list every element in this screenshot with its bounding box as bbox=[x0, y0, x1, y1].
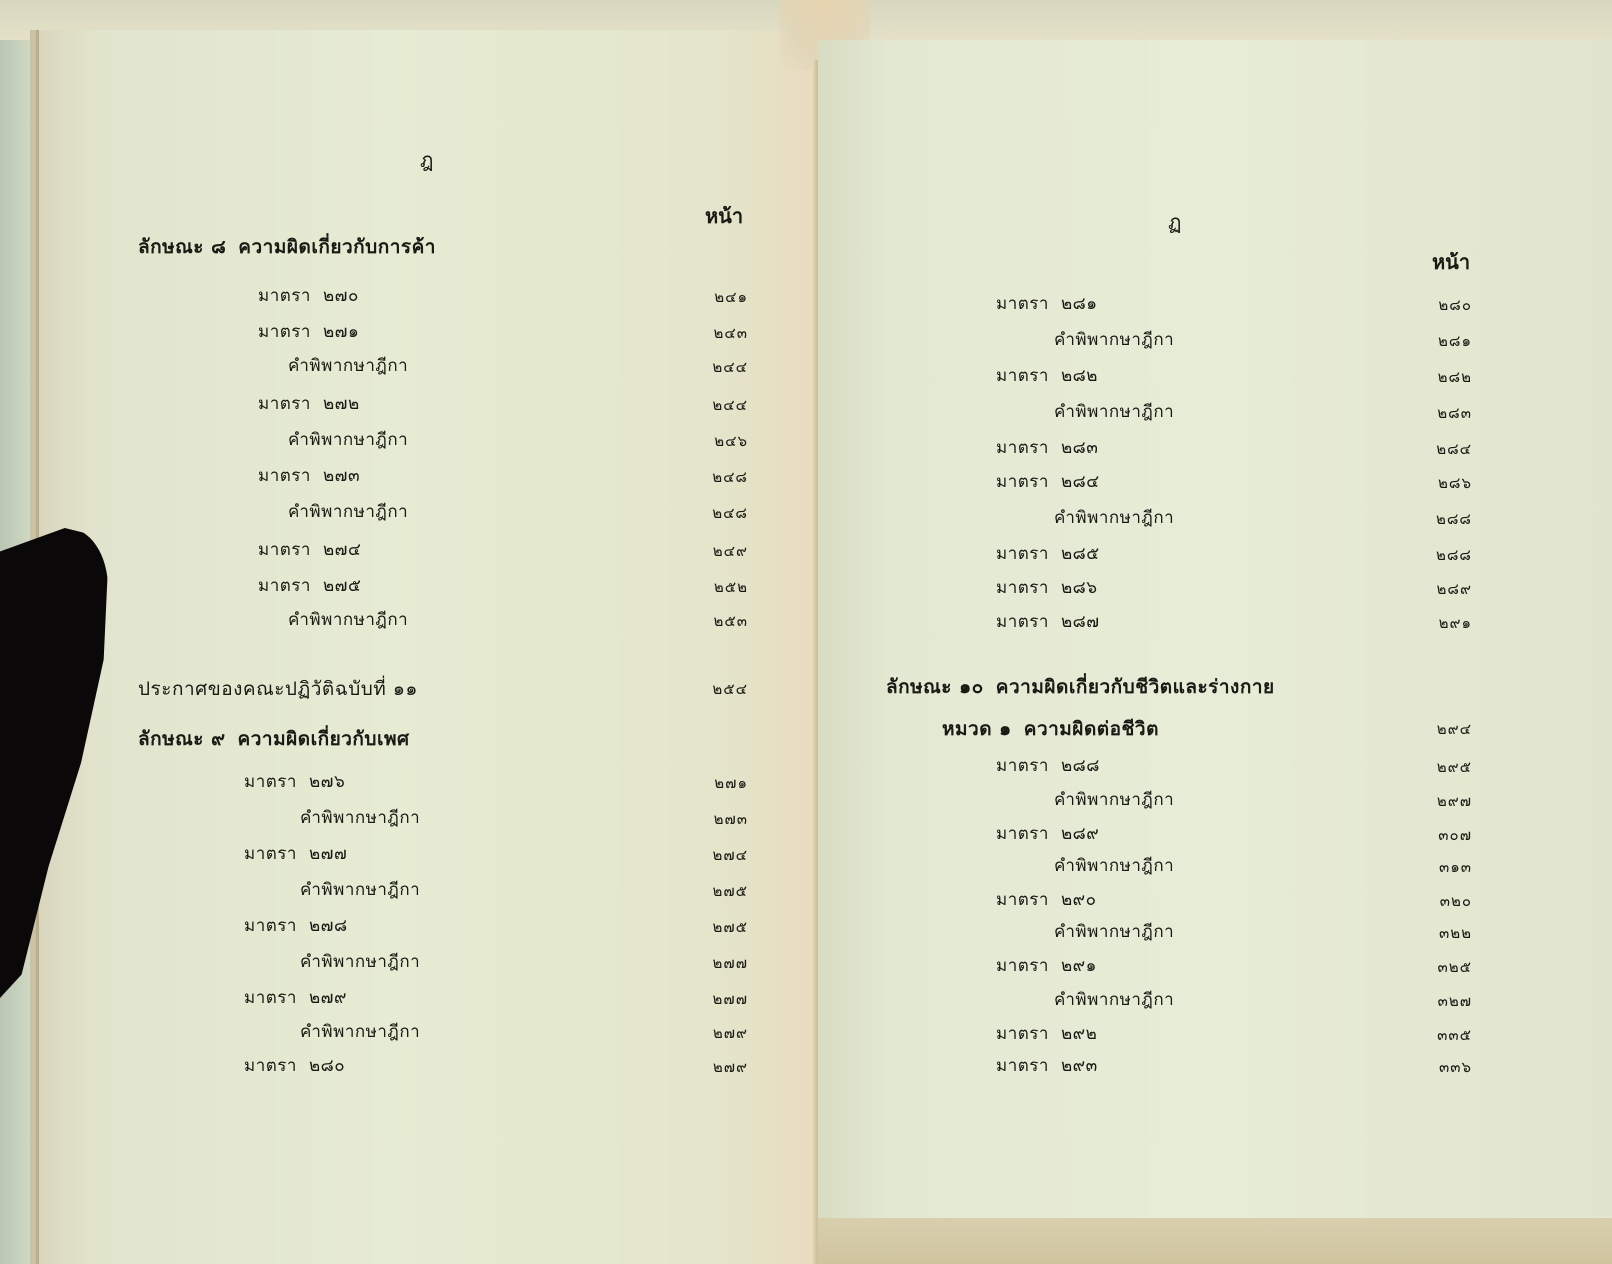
toc-section-number: ๒๙๓ bbox=[1061, 1052, 1098, 1079]
toc-page-number: ๒๗๔ bbox=[668, 843, 748, 867]
toc-page-number: ๒๙๑ bbox=[1392, 611, 1472, 635]
toc-entry-label: มาตรา bbox=[258, 462, 311, 489]
toc-entry-title: ลักษณะ ๑๐ความผิดเกี่ยวกับชีวิตและร่างกาย bbox=[886, 672, 1275, 702]
toc-entry-text: คำพิพากษาฎีกา bbox=[1054, 986, 1174, 1013]
toc-entry-ruling: คำพิพากษาฎีกา bbox=[288, 426, 408, 453]
toc-section-number: ๒๗๙ bbox=[309, 984, 347, 1011]
toc-page-number: ๒๙๗ bbox=[1392, 789, 1472, 813]
toc-entry-ruling: คำพิพากษาฎีกา bbox=[1054, 786, 1174, 813]
toc-entry-text: คำพิพากษาฎีกา bbox=[288, 352, 408, 379]
toc-page-number: ๒๔๘ bbox=[668, 465, 748, 489]
toc-section-number: ๒๗๔ bbox=[323, 536, 361, 563]
toc-page-number: ๒๘๔ bbox=[1392, 437, 1472, 461]
toc-entry-text: ความผิดเกี่ยวกับชีวิตและร่างกาย bbox=[996, 672, 1275, 702]
right-page-folio: ฏ bbox=[1168, 206, 1181, 238]
toc-entry-ruling: คำพิพากษาฎีกา bbox=[300, 876, 420, 903]
toc-entry-label: มาตรา bbox=[258, 572, 311, 599]
toc-section-number: ๒๘๐ bbox=[309, 1052, 345, 1079]
toc-entry-text: ความผิดเกี่ยวกับเพศ bbox=[238, 724, 410, 754]
toc-section-number: ๒๗๐ bbox=[323, 282, 359, 309]
toc-entry-label: มาตรา bbox=[258, 536, 311, 563]
toc-page-number: ๓๒๗ bbox=[1392, 989, 1472, 1013]
toc-section-number: ๒๘๖ bbox=[1061, 574, 1098, 601]
toc-page-number: ๓๒๕ bbox=[1392, 955, 1472, 979]
toc-page-number: ๒๕๓ bbox=[668, 609, 748, 633]
toc-entry-label: มาตรา bbox=[258, 390, 311, 417]
toc-entry-section: มาตรา๒๗๑ bbox=[258, 318, 359, 345]
toc-section-number: ๒๗๖ bbox=[309, 768, 345, 795]
toc-section-number: ๒๘๓ bbox=[1061, 434, 1098, 461]
toc-page-number: ๒๕๒ bbox=[668, 575, 748, 599]
toc-page-number: ๒๘๖ bbox=[1392, 471, 1472, 495]
toc-entry-text: คำพิพากษาฎีกา bbox=[1054, 504, 1174, 531]
toc-page-number: ๒๗๑ bbox=[668, 771, 748, 795]
toc-page-number: ๒๙๕ bbox=[1392, 755, 1472, 779]
toc-entry-label: มาตรา bbox=[996, 434, 1049, 461]
toc-entry-ruling: คำพิพากษาฎีกา bbox=[1054, 852, 1174, 879]
toc-entry-section: มาตรา๒๗๕ bbox=[258, 572, 361, 599]
toc-page-number: ๒๔๓ bbox=[668, 321, 748, 345]
toc-entry-ruling: คำพิพากษาฎีกา bbox=[300, 948, 420, 975]
page-bottom-edge bbox=[818, 1218, 1612, 1264]
toc-entry-section: มาตรา๒๘๗ bbox=[996, 608, 1100, 635]
toc-entry-section: มาตรา๒๗๘ bbox=[244, 912, 348, 939]
toc-page-number: ๓๒๐ bbox=[1392, 889, 1472, 913]
toc-entry-label: มาตรา bbox=[996, 886, 1049, 913]
toc-page-number: ๒๙๔ bbox=[1392, 717, 1472, 741]
toc-page-number: ๓๓๖ bbox=[1392, 1055, 1472, 1079]
toc-entry-text: คำพิพากษาฎีกา bbox=[300, 804, 420, 831]
toc-section-number: ๒๗๑ bbox=[323, 318, 359, 345]
toc-entry-text: คำพิพากษาฎีกา bbox=[1054, 398, 1174, 425]
toc-entry-label: มาตรา bbox=[244, 912, 297, 939]
toc-entry-label: มาตรา bbox=[244, 840, 297, 867]
toc-entry-section: มาตรา๒๗๔ bbox=[258, 536, 361, 563]
toc-page-number: ๒๘๓ bbox=[1392, 401, 1472, 425]
toc-entry-label: มาตรา bbox=[996, 290, 1049, 317]
toc-page-number: ๒๔๑ bbox=[668, 285, 748, 309]
toc-entry-label: มาตรา bbox=[996, 574, 1049, 601]
toc-entry-section: มาตรา๒๘๘ bbox=[996, 752, 1100, 779]
toc-entry-section: มาตรา๒๙๓ bbox=[996, 1052, 1098, 1079]
toc-page-number: ๒๗๕ bbox=[668, 879, 748, 903]
toc-entry-ruling: คำพิพากษาฎีกา bbox=[1054, 918, 1174, 945]
toc-page-number: ๒๗๗ bbox=[668, 951, 748, 975]
toc-page-number: ๒๗๕ bbox=[668, 915, 748, 939]
toc-entry-label: หมวด ๑ bbox=[942, 714, 1012, 744]
toc-entry-section: มาตรา๒๗๙ bbox=[244, 984, 347, 1011]
toc-page-number: ๒๗๓ bbox=[668, 807, 748, 831]
toc-entry-label: มาตรา bbox=[996, 608, 1049, 635]
toc-entry-label: มาตรา bbox=[244, 1052, 297, 1079]
toc-entry-text: คำพิพากษาฎีกา bbox=[1054, 326, 1174, 353]
toc-entry-text: คำพิพากษาฎีกา bbox=[1054, 918, 1174, 945]
toc-page-number: ๓๒๒ bbox=[1392, 921, 1472, 945]
toc-entry-section: มาตรา๒๗๗ bbox=[244, 840, 347, 867]
toc-page-number: ๓๑๓ bbox=[1392, 855, 1472, 879]
toc-page-number: ๒๘๘ bbox=[1392, 543, 1472, 567]
toc-section-number: ๒๗๓ bbox=[323, 462, 360, 489]
toc-entry-section: มาตรา๒๘๙ bbox=[996, 820, 1099, 847]
toc-section-number: ๒๗๗ bbox=[309, 840, 347, 867]
toc-entry-text: คำพิพากษาฎีกา bbox=[288, 606, 408, 633]
toc-entry-label: ลักษณะ ๙ bbox=[138, 724, 226, 754]
toc-entry-text: ความผิดเกี่ยวกับการค้า bbox=[238, 232, 436, 262]
toc-section-number: ๒๘๒ bbox=[1061, 362, 1098, 389]
toc-entry-text: คำพิพากษาฎีกา bbox=[300, 948, 420, 975]
toc-entry-section: มาตรา๒๗๓ bbox=[258, 462, 360, 489]
toc-entry-label: มาตรา bbox=[244, 768, 297, 795]
toc-entry-label: ลักษณะ ๘ bbox=[138, 232, 226, 262]
toc-entry-announcement: ประกาศของคณะปฏิวัติฉบับที่ ๑๑ bbox=[138, 674, 418, 704]
toc-page-number: ๒๗๙ bbox=[668, 1055, 748, 1079]
toc-entry-label: มาตรา bbox=[996, 952, 1049, 979]
toc-entry-text: คำพิพากษาฎีกา bbox=[288, 426, 408, 453]
toc-entry-label: มาตรา bbox=[996, 752, 1049, 779]
toc-section-number: ๒๘๙ bbox=[1061, 820, 1099, 847]
toc-entry-label: มาตรา bbox=[996, 362, 1049, 389]
toc-entry-section: มาตรา๒๘๕ bbox=[996, 540, 1100, 567]
toc-page-number: ๒๘๑ bbox=[1392, 329, 1472, 353]
toc-entry-section: มาตรา๒๘๑ bbox=[996, 290, 1098, 317]
toc-entry-ruling: คำพิพากษาฎีกา bbox=[288, 498, 408, 525]
toc-entry-text: ประกาศของคณะปฏิวัติฉบับที่ ๑๑ bbox=[138, 674, 418, 704]
toc-page-number: ๒๘๒ bbox=[1392, 365, 1472, 389]
toc-entry-section: มาตรา๒๗๐ bbox=[258, 282, 359, 309]
toc-entry-label: มาตรา bbox=[258, 282, 311, 309]
toc-entry-ruling: คำพิพากษาฎีกา bbox=[1054, 398, 1174, 425]
toc-entry-text: คำพิพากษาฎีกา bbox=[1054, 786, 1174, 813]
toc-section-number: ๒๘๑ bbox=[1061, 290, 1098, 317]
toc-section-number: ๒๙๐ bbox=[1061, 886, 1097, 913]
left-page-folio: ฎ bbox=[420, 144, 433, 176]
toc-entry-label: มาตรา bbox=[996, 1052, 1049, 1079]
toc-entry-section: มาตรา๒๘๐ bbox=[244, 1052, 345, 1079]
toc-entry-text: คำพิพากษาฎีกา bbox=[300, 1018, 420, 1045]
toc-entry-ruling: คำพิพากษาฎีกา bbox=[1054, 986, 1174, 1013]
toc-entry-text: คำพิพากษาฎีกา bbox=[1054, 852, 1174, 879]
toc-entry-text: คำพิพากษาฎีกา bbox=[300, 876, 420, 903]
toc-entry-label: มาตรา bbox=[244, 984, 297, 1011]
toc-page-number: ๒๗๗ bbox=[668, 987, 748, 1011]
toc-entry-section: มาตรา๒๙๒ bbox=[996, 1020, 1097, 1047]
toc-entry-ruling: คำพิพากษาฎีกา bbox=[288, 606, 408, 633]
toc-page-number: ๒๔๔ bbox=[668, 393, 748, 417]
toc-entry-ruling: คำพิพากษาฎีกา bbox=[300, 804, 420, 831]
toc-page-number: ๒๗๙ bbox=[668, 1021, 748, 1045]
toc-entry-section: มาตรา๒๘๔ bbox=[996, 468, 1100, 495]
toc-page-number: ๒๘๐ bbox=[1392, 293, 1472, 317]
toc-page-number: ๒๔๙ bbox=[668, 539, 748, 563]
toc-entry-chapter: หมวด ๑ความผิดต่อชีวิต bbox=[942, 714, 1159, 744]
toc-entry-section: มาตรา๒๙๑ bbox=[996, 952, 1097, 979]
toc-entry-title: ลักษณะ ๙ความผิดเกี่ยวกับเพศ bbox=[138, 724, 410, 754]
toc-entry-section: มาตรา๒๙๐ bbox=[996, 886, 1097, 913]
toc-page-number: ๒๔๔ bbox=[668, 355, 748, 379]
toc-section-number: ๒๘๗ bbox=[1061, 608, 1100, 635]
toc-entry-text: ความผิดต่อชีวิต bbox=[1024, 714, 1159, 744]
toc-entry-section: มาตรา๒๘๓ bbox=[996, 434, 1098, 461]
right-page-column-header: หน้า bbox=[1432, 246, 1470, 278]
toc-entry-ruling: คำพิพากษาฎีกา bbox=[1054, 504, 1174, 531]
toc-page-number: ๒๘๙ bbox=[1392, 577, 1472, 601]
toc-entry-ruling: คำพิพากษาฎีกา bbox=[288, 352, 408, 379]
toc-entry-label: มาตรา bbox=[996, 468, 1049, 495]
toc-entry-label: มาตรา bbox=[996, 820, 1049, 847]
toc-entry-section: มาตรา๒๗๖ bbox=[244, 768, 345, 795]
toc-page-number: ๒๔๘ bbox=[668, 501, 748, 525]
toc-entry-label: มาตรา bbox=[996, 540, 1049, 567]
toc-page-number: ๓๐๗ bbox=[1392, 823, 1472, 847]
toc-section-number: ๒๘๘ bbox=[1061, 752, 1100, 779]
toc-section-number: ๒๗๘ bbox=[309, 912, 348, 939]
toc-page-number: ๒๔๖ bbox=[668, 429, 748, 453]
toc-section-number: ๒๗๒ bbox=[323, 390, 360, 417]
toc-page-number: ๓๓๕ bbox=[1392, 1023, 1472, 1047]
toc-page-number: ๒๘๘ bbox=[1392, 507, 1472, 531]
toc-entry-ruling: คำพิพากษาฎีกา bbox=[300, 1018, 420, 1045]
toc-entry-label: มาตรา bbox=[258, 318, 311, 345]
toc-entry-title: ลักษณะ ๘ความผิดเกี่ยวกับการค้า bbox=[138, 232, 436, 262]
toc-entry-label: ลักษณะ ๑๐ bbox=[886, 672, 984, 702]
toc-section-number: ๒๙๒ bbox=[1061, 1020, 1097, 1047]
toc-entry-ruling: คำพิพากษาฎีกา bbox=[1054, 326, 1174, 353]
toc-entry-label: มาตรา bbox=[996, 1020, 1049, 1047]
left-page-column-header: หน้า bbox=[705, 200, 743, 232]
toc-section-number: ๒๘๔ bbox=[1061, 468, 1100, 495]
toc-section-number: ๒๗๕ bbox=[323, 572, 361, 599]
toc-entry-section: มาตรา๒๗๒ bbox=[258, 390, 360, 417]
right-page bbox=[818, 40, 1612, 1240]
toc-entry-text: คำพิพากษาฎีกา bbox=[288, 498, 408, 525]
toc-section-number: ๒๘๕ bbox=[1061, 540, 1100, 567]
toc-entry-section: มาตรา๒๘๖ bbox=[996, 574, 1098, 601]
toc-entry-section: มาตรา๒๘๒ bbox=[996, 362, 1098, 389]
toc-section-number: ๒๙๑ bbox=[1061, 952, 1097, 979]
toc-page-number: ๒๕๔ bbox=[668, 677, 748, 701]
